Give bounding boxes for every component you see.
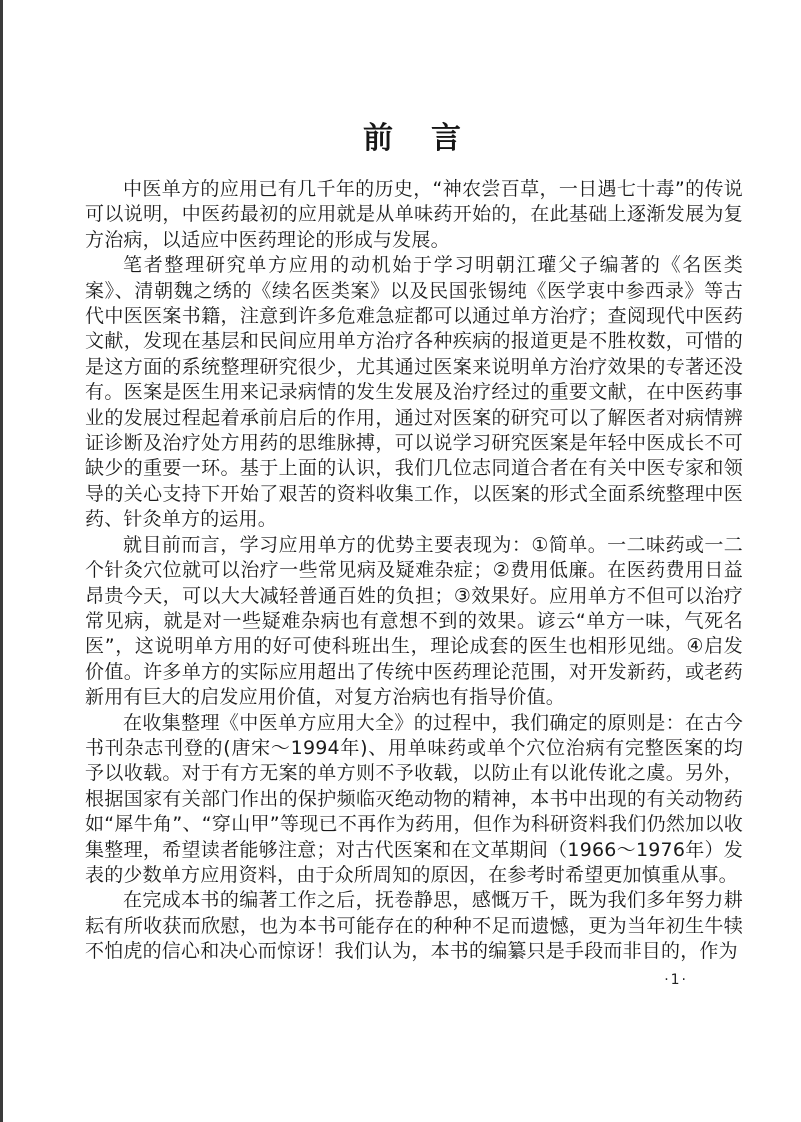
preface-paragraph-3: 就目前而言，学习应用单方的优势主要表现为：①简单。一二味药或一二个针灸穴位就可以… [85,533,743,711]
preface-paragraph-1: 中医单方的应用已有几千年的历史，“神农尝百草，一日遇七十毒”的传说可以说明，中医… [85,177,743,253]
page-content: 前 言 中医单方的应用已有几千年的历史，“神农尝百草，一日遇七十毒”的传说可以说… [85,122,743,988]
page-number: ·1· [85,972,743,988]
page-title: 前 言 [85,122,743,156]
preface-paragraph-2: 笔者整理研究单方应用的动机始于学习明朝江瓘父子编著的《名医类案》、清朝魏之绣的《… [85,253,743,532]
book-page: 前 言 中医单方的应用已有几千年的历史，“神农尝百草，一日遇七十毒”的传说可以说… [0,0,801,1122]
preface-paragraph-4: 在收集整理《中医单方应用大全》的过程中，我们确定的原则是：在古今书刊杂志刊登的(… [85,711,743,889]
scan-edge-artifact [0,0,3,1122]
preface-paragraph-5: 在完成本书的编著工作之后，抚卷静思，感慨万千，既为我们多年努力耕耘有所收获而欣慰… [85,888,743,964]
